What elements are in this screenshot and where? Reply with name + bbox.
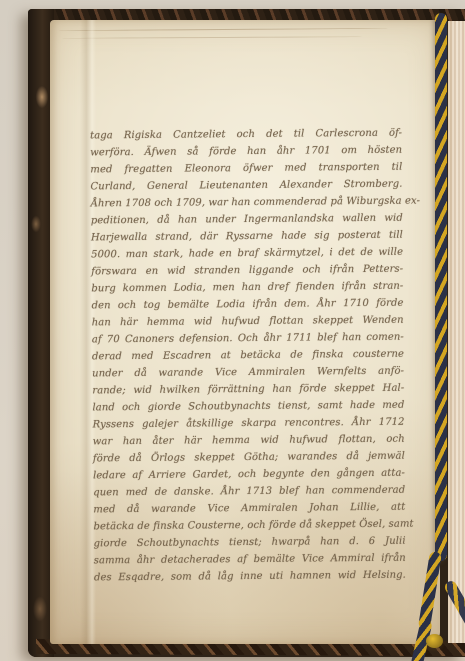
book-photo-scene: taga Rigiska Cantzeliet och det til Carl… [0, 0, 465, 661]
handwritten-text-block: taga Rigiska Cantzeliet och det til Carl… [90, 125, 406, 587]
page-stack-edge [448, 21, 465, 643]
bookmark-cord [435, 13, 447, 561]
page-edge-ridge [58, 28, 388, 31]
bookmark-cord-knot [426, 634, 443, 648]
page-edge-ridge [62, 36, 362, 39]
manuscript-page: taga Rigiska Cantzeliet och det til Carl… [50, 20, 440, 644]
handwritten-line: des Esqadre, som då låg inne uti hamnen … [94, 567, 406, 587]
